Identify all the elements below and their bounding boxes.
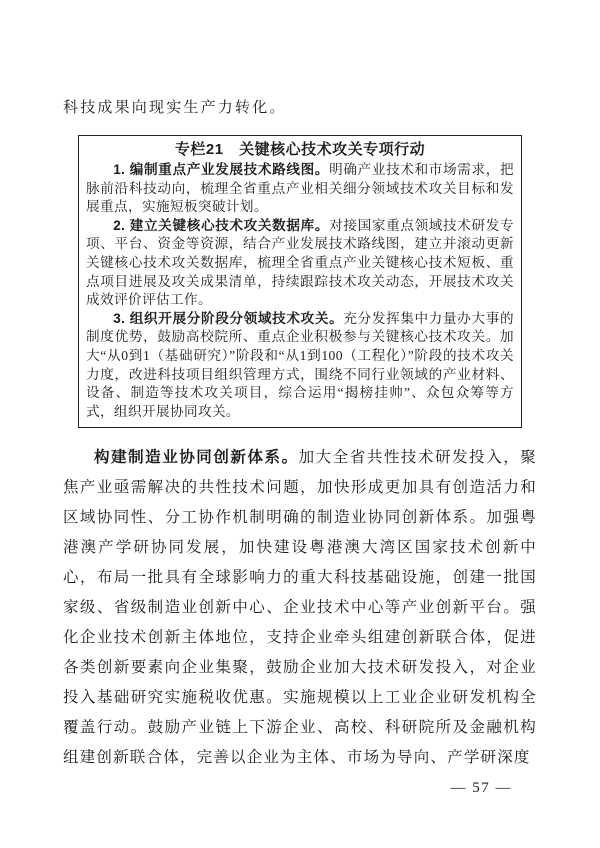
callout-box-item-3: 3. 组织开展分阶段分领域技术攻关。充分发挥集中力量办大事的制度优势，鼓励高校院… [86, 310, 514, 422]
page-number: — 57 — [63, 778, 537, 798]
item-2-lead: 2. 建立关键核心技术攻关数据库。 [113, 218, 329, 233]
callout-box-item-2: 2. 建立关键核心技术攻关数据库。对接国家重点领域技术研发专项、平台、资金等资源… [86, 217, 514, 310]
continuation-paragraph: 科技成果向现实生产力转化。 [63, 97, 537, 119]
callout-box-item-1: 1. 编制重点产业发展技术路线图。明确产业技术和市场需求，把脉前沿科技动向，梳理… [86, 161, 514, 217]
item-3-text: 充分发挥集中力量办大事的制度优势，鼓励高校院所、重点企业积极参与关键核心技术攻关… [86, 311, 514, 419]
main-paragraph-lead: 构建制造业协同创新体系。 [94, 449, 299, 466]
main-paragraph: 构建制造业协同创新体系。加大全省共性技术研发投入，聚焦产业亟需解决的共性技术问题… [63, 443, 537, 773]
callout-box-title: 专栏21 关键核心技术攻关专项行动 [86, 139, 514, 161]
item-1-lead: 1. 编制重点产业发展技术路线图。 [113, 162, 329, 177]
item-3-lead: 3. 组织开展分阶段分领域技术攻关。 [113, 311, 343, 326]
document-page: 科技成果向现实生产力转化。 专栏21 关键核心技术攻关专项行动 1. 编制重点产… [0, 0, 600, 848]
main-paragraph-text: 加大全省共性技术研发投入，聚焦产业亟需解决的共性技术问题，加快形成更加具有创造活… [63, 449, 537, 766]
callout-box: 专栏21 关键核心技术攻关专项行动 1. 编制重点产业发展技术路线图。明确产业技… [78, 135, 522, 428]
